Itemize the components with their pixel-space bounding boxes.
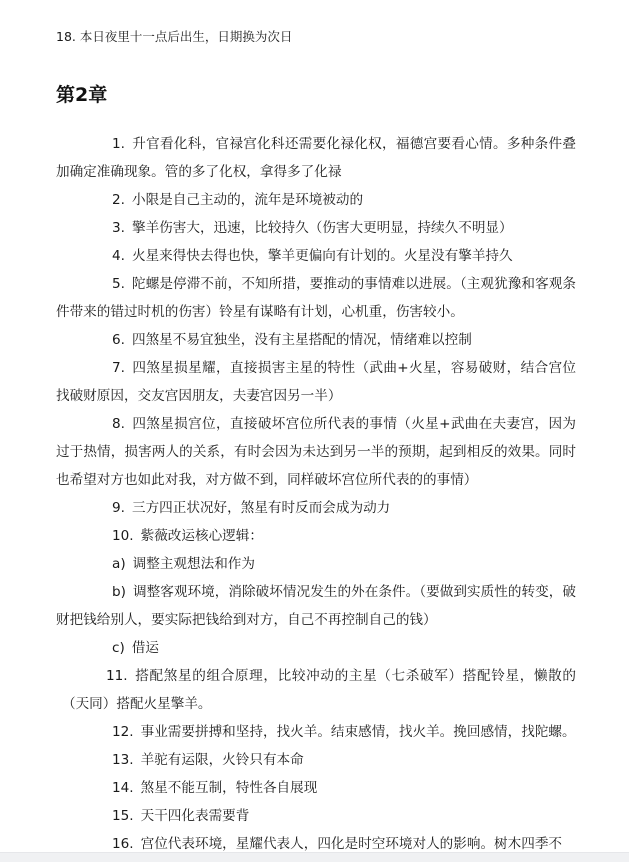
item-number: a) bbox=[84, 550, 126, 578]
list-item: 5.陀螺是停滞不前，不知所措，要推动的事情难以进展。（主观犹豫和客观条件带来的错… bbox=[56, 270, 576, 326]
item-text: 四煞星损星耀，直接损害主星的特性（武曲+火星，容易破财，结合宫位找破财原因，交友… bbox=[56, 360, 576, 404]
item-number: 7. bbox=[84, 354, 125, 382]
item-number: 11. bbox=[84, 662, 128, 690]
item-text: 调整主观想法和作为 bbox=[133, 556, 255, 572]
item-number: 8. bbox=[84, 410, 125, 438]
list-item: 7.四煞星损星耀，直接损害主星的特性（武曲+火星，容易破财，结合宫位找破财原因，… bbox=[56, 354, 576, 410]
list-item-18: 18. 本日夜里十一点后出生，日期换为次日 bbox=[56, 28, 292, 46]
list-item: 12.事业需要拼搏和坚持，找火羊。结束感情，找火羊。挽回感情，找陀螺。 bbox=[56, 718, 576, 746]
item-number: 6. bbox=[84, 326, 125, 354]
list-item: 13.羊驼有运限，火铃只有本命 bbox=[56, 746, 576, 774]
item-text: 煞星不能互制，特性各自展现 bbox=[141, 780, 318, 796]
item-text: 调整客观环境，消除破坏情况发生的外在条件。（要做到实质性的转变，破财把钱给别人，… bbox=[56, 584, 576, 628]
item-text: 羊驼有运限，火铃只有本命 bbox=[141, 752, 304, 768]
chapter-heading: 第2章 bbox=[56, 82, 107, 108]
item-text: 四煞星不易宜独坐，没有主星搭配的情况，情绪难以控制 bbox=[132, 332, 472, 348]
item-text: 天干四化表需要背 bbox=[141, 808, 250, 824]
item-number: 2. bbox=[84, 186, 125, 214]
list-item: 8.四煞星损宫位，直接破坏宫位所代表的事情（火星+武曲在夫妻宫，因为过于热情，损… bbox=[56, 410, 576, 494]
item-number: 3. bbox=[84, 214, 125, 242]
item-text: 紫薇改运核心逻辑： bbox=[141, 528, 263, 544]
item-number: 13. bbox=[84, 746, 134, 774]
list-item: 3.擎羊伤害大，迅速，比较持久（伤害大更明显，持续久不明显） bbox=[56, 214, 576, 242]
item-text: 四煞星损宫位，直接破坏宫位所代表的事情（火星+武曲在夫妻宫，因为过于热情，损害两… bbox=[56, 416, 576, 488]
list-item: 6.四煞星不易宜独坐，没有主星搭配的情况，情绪难以控制 bbox=[56, 326, 576, 354]
list-item: 2.小限是自己主动的，流年是环境被动的 bbox=[56, 186, 576, 214]
chapter-body: 1.升官看化科，官禄宫化科还需要化禄化权，福德宫要看心情。多种条件叠加确定准确现… bbox=[56, 130, 576, 858]
item-text: 火星来得快去得也快，擎羊更偏向有计划的。火星没有擎羊持久 bbox=[132, 248, 513, 264]
list-item: 11.搭配煞星的组合原理，比较冲动的主星（七杀破军）搭配铃星，懒散的（天同）搭配… bbox=[56, 662, 576, 718]
list-item: 9.三方四正状况好，煞星有时反而会成为动力 bbox=[56, 494, 576, 522]
item-text: 宫位代表环境，星耀代表人，四化是时空环境对人的影响。树木四季不 bbox=[141, 836, 562, 852]
item-text: 擎羊伤害大，迅速，比较持久（伤害大更明显，持续久不明显） bbox=[132, 220, 513, 236]
item-number: 15. bbox=[84, 802, 134, 830]
item-text: 三方四正状况好，煞星有时反而会成为动力 bbox=[132, 500, 390, 516]
item-number: b) bbox=[84, 578, 126, 606]
document-page: 18. 本日夜里十一点后出生，日期换为次日 第2章 1.升官看化科，官禄宫化科还… bbox=[0, 0, 629, 852]
item-text: 借运 bbox=[132, 640, 159, 656]
item-number: 12. bbox=[84, 718, 134, 746]
list-item: 1.升官看化科，官禄宫化科还需要化禄化权，福德宫要看心情。多种条件叠加确定准确现… bbox=[56, 130, 576, 186]
sub-item-c: c)借运 bbox=[56, 634, 576, 662]
sub-item-b: b)调整客观环境，消除破坏情况发生的外在条件。（要做到实质性的转变，破财把钱给别… bbox=[56, 578, 576, 634]
item-text: 升官看化科，官禄宫化科还需要化禄化权，福德宫要看心情。多种条件叠加确定准确现象。… bbox=[56, 136, 576, 180]
sub-item-a: a)调整主观想法和作为 bbox=[56, 550, 576, 578]
item-text: 陀螺是停滞不前，不知所措，要推动的事情难以进展。（主观犹豫和客观条件带来的错过时… bbox=[56, 276, 576, 320]
item-number: 14. bbox=[84, 774, 134, 802]
page-bottom-edge bbox=[0, 852, 629, 862]
item-number: 4. bbox=[84, 242, 125, 270]
list-item: 4.火星来得快去得也快，擎羊更偏向有计划的。火星没有擎羊持久 bbox=[56, 242, 576, 270]
item-number: 5. bbox=[84, 270, 125, 298]
item-text: 搭配煞星的组合原理，比较冲动的主星（七杀破军）搭配铃星，懒散的（天同）搭配火星擎… bbox=[62, 668, 576, 712]
list-item: 14.煞星不能互制，特性各自展现 bbox=[56, 774, 576, 802]
item-number: 10. bbox=[84, 522, 134, 550]
item-text: 小限是自己主动的，流年是环境被动的 bbox=[132, 192, 363, 208]
item-number: 1. bbox=[84, 130, 125, 158]
item-number: 9. bbox=[84, 494, 125, 522]
item-number: c) bbox=[84, 634, 125, 662]
list-item: 10.紫薇改运核心逻辑： bbox=[56, 522, 576, 550]
list-item: 15.天干四化表需要背 bbox=[56, 802, 576, 830]
item-text: 事业需要拼搏和坚持，找火羊。结束感情，找火羊。挽回感情，找陀螺。 bbox=[141, 724, 576, 740]
